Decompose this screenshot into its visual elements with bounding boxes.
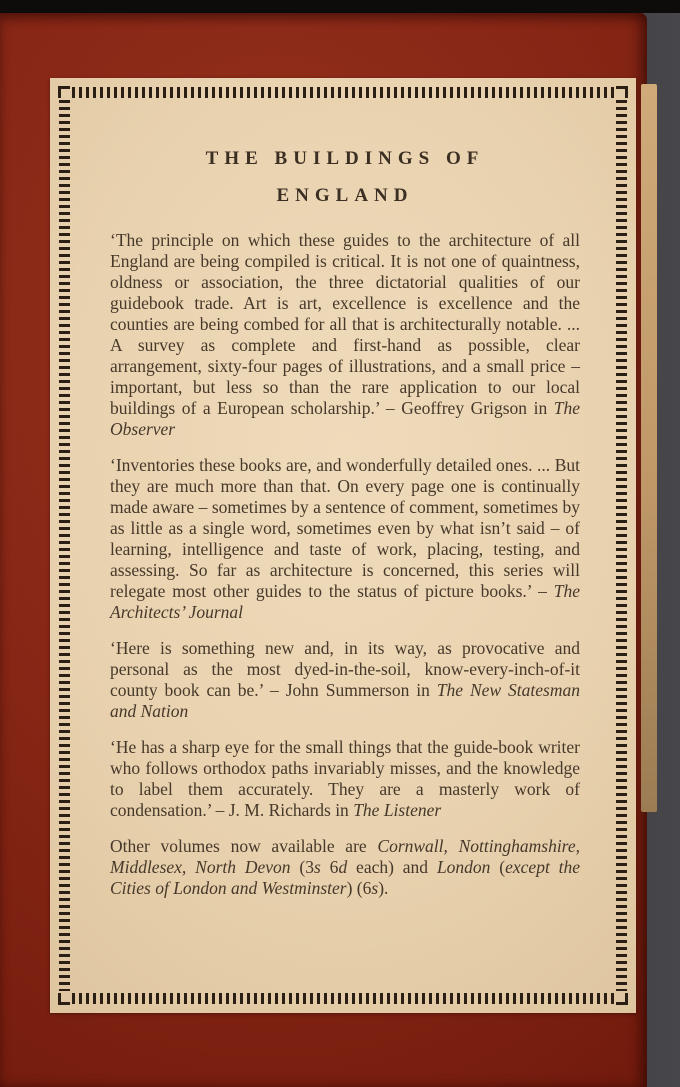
other-volumes-note: Other volumes now available are Cornwall… <box>110 836 580 899</box>
review-quote-listener: ‘He has a sharp eye for the small things… <box>110 737 580 821</box>
border-corner-top-left <box>58 86 70 98</box>
border-corner-top-right <box>616 86 628 98</box>
dashed-border-right <box>616 100 627 991</box>
review-quote-observer: ‘The principle on which these guides to … <box>110 230 580 440</box>
cover-text-panel: THE BUILDINGS OF ENGLAND ‘The principle … <box>50 78 636 1013</box>
photo-top-edge <box>0 0 680 13</box>
review-quote-architects-journal: ‘Inventories these books are, and wonder… <box>110 455 580 623</box>
book-page-edges <box>641 84 657 812</box>
border-corner-bottom-left <box>58 993 70 1005</box>
series-title-line-2: ENGLAND <box>110 185 580 206</box>
dashed-border-bottom <box>72 993 614 1004</box>
review-quote-new-statesman: ‘Here is something new and, in its way, … <box>110 638 580 722</box>
cover-text-block: THE BUILDINGS OF ENGLAND ‘The principle … <box>110 136 580 899</box>
dashed-border-left <box>59 100 70 991</box>
border-corner-bottom-right <box>616 993 628 1005</box>
series-title-line-1: THE BUILDINGS OF <box>110 148 580 169</box>
photo-background: THE BUILDINGS OF ENGLAND ‘The principle … <box>0 0 680 1087</box>
dashed-border-top <box>72 87 614 98</box>
